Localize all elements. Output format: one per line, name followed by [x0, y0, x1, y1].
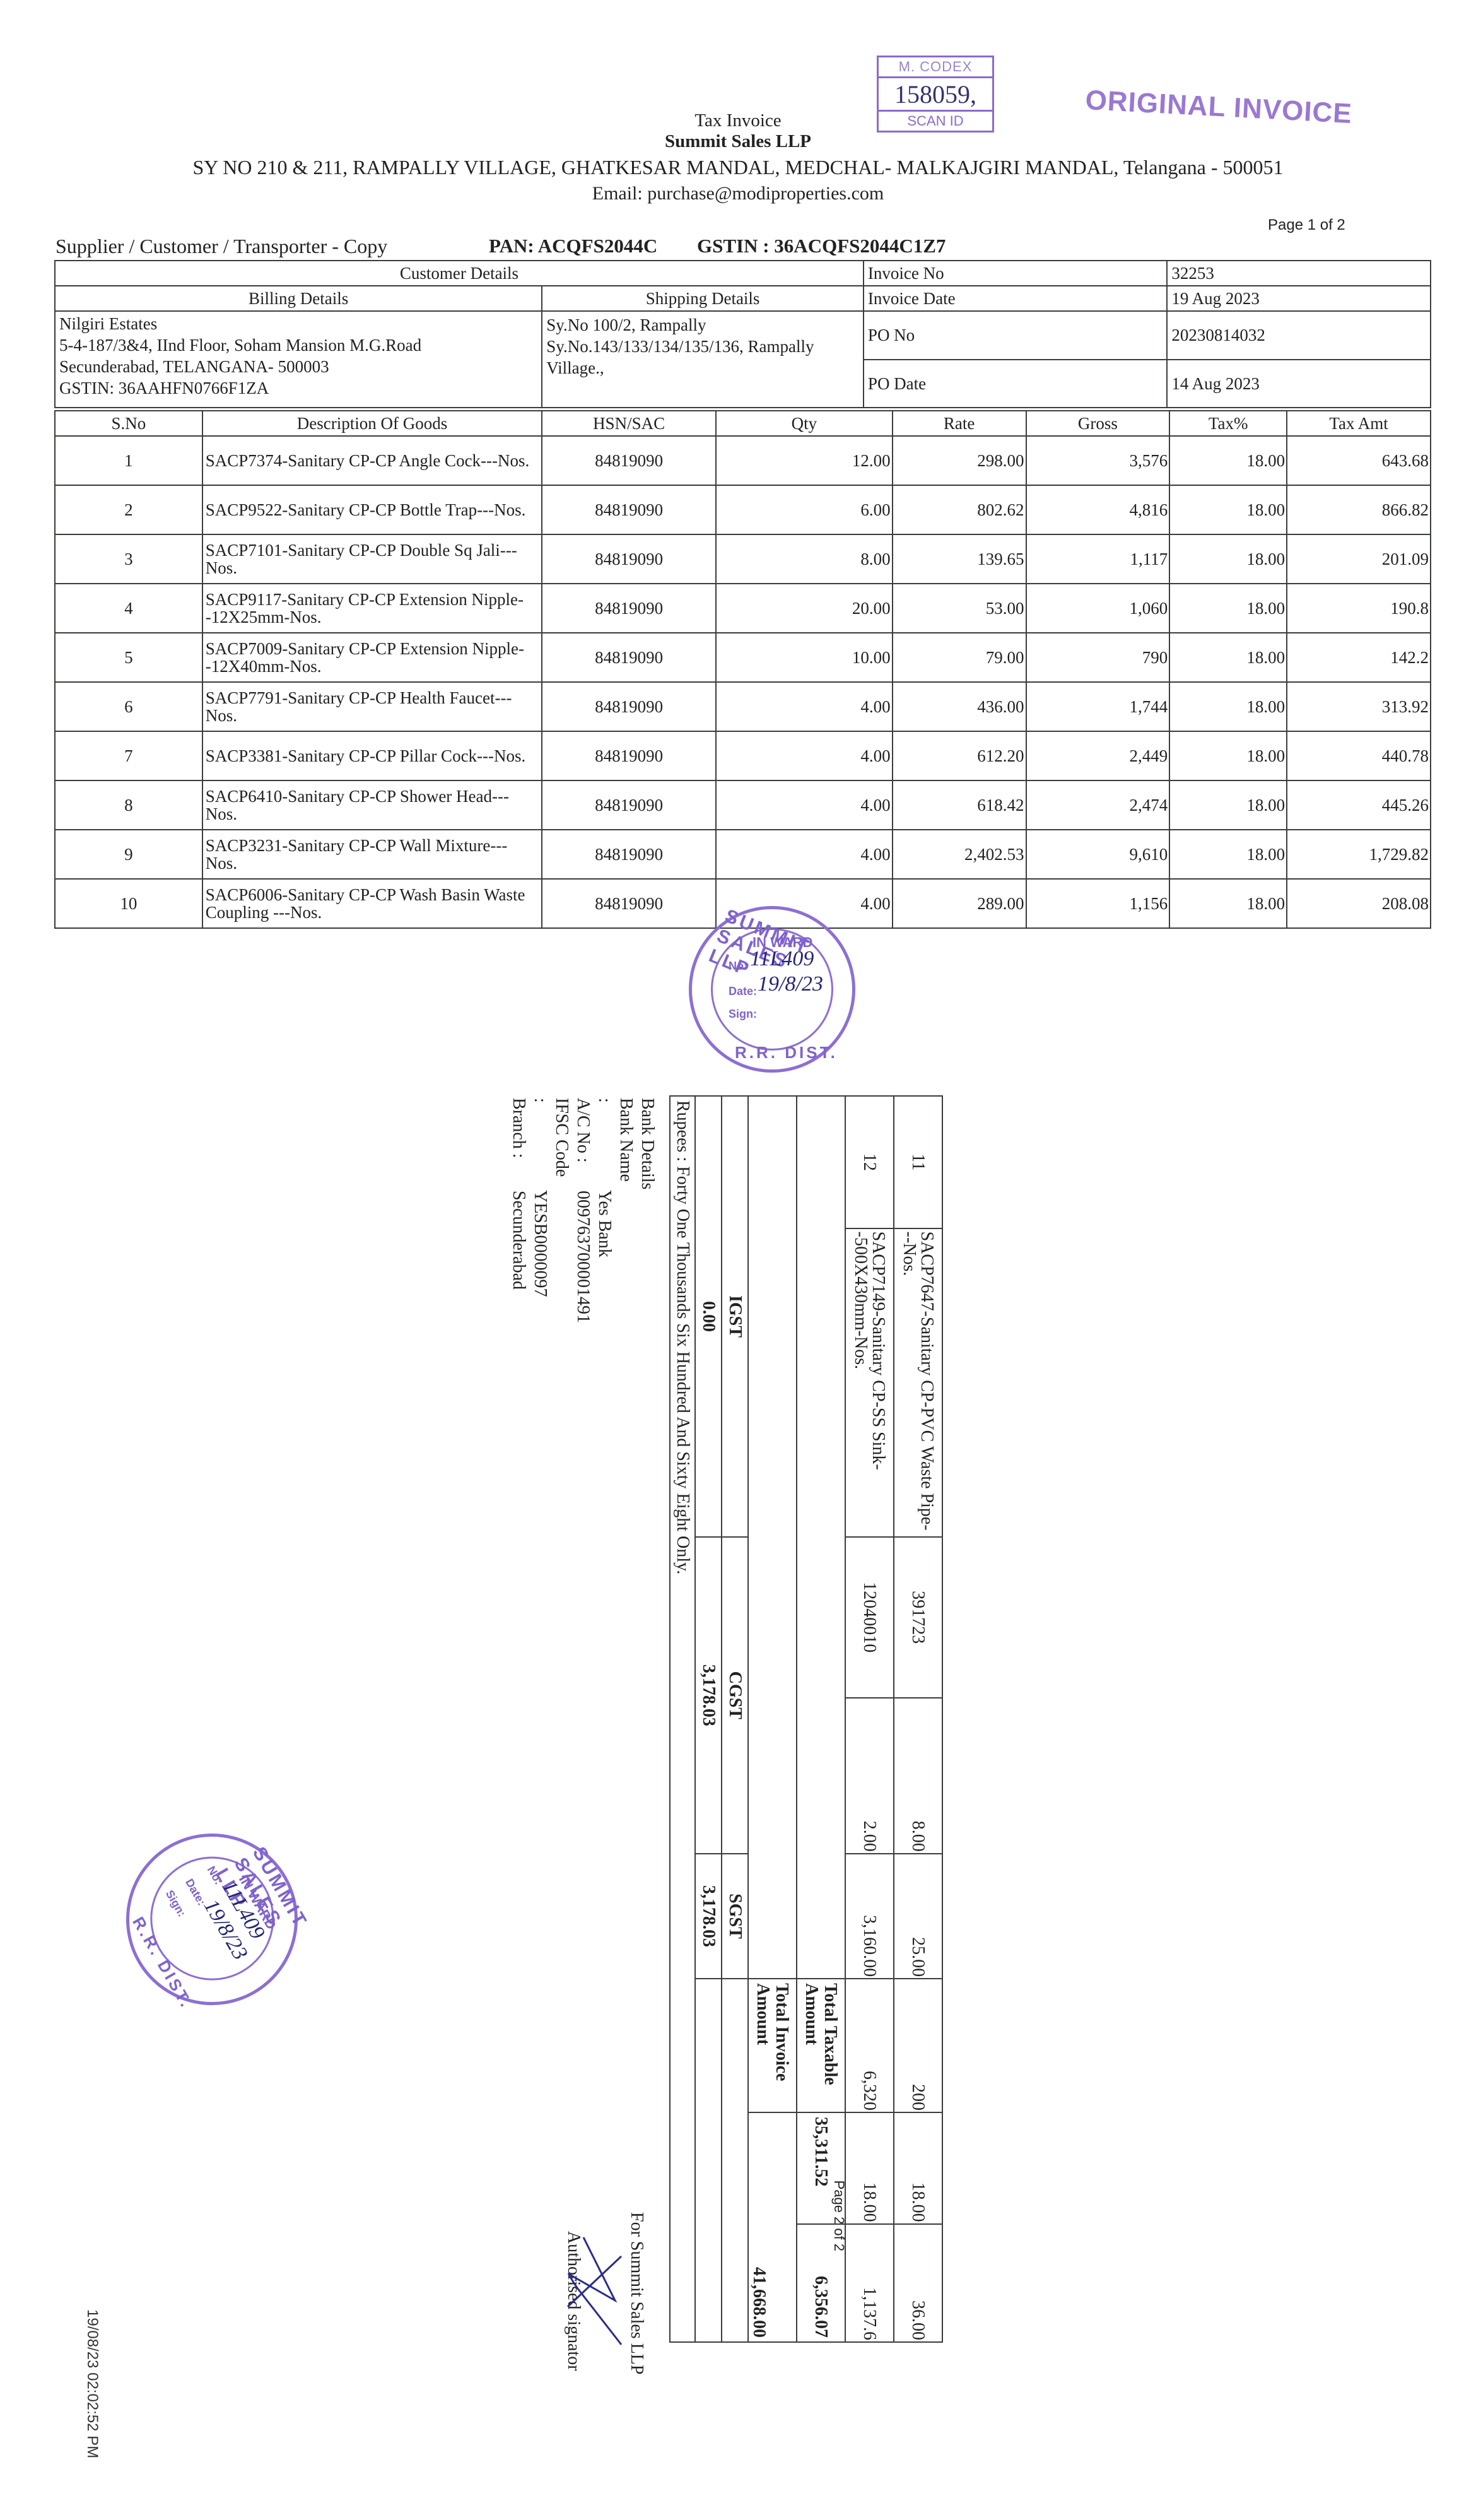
- gst-header-row: IGST CGST SGST: [722, 1096, 748, 2342]
- cell-hsn: 84819090: [542, 830, 716, 879]
- table-row: 11SACP7647-Sanitary CP-PVC Waste Pipe---…: [894, 1096, 942, 2342]
- cell-rate: 618.42: [893, 780, 1026, 830]
- bank-detail-label: IFSC Code :: [529, 1098, 572, 1186]
- cell-tax-amt: 643.68: [1287, 436, 1431, 485]
- total-invoice-value: 41,668.00: [748, 2112, 797, 2342]
- cell-hsn: 84819090: [542, 682, 716, 731]
- document-title: Tax Invoice: [0, 110, 1476, 131]
- table-row: 12SACP7149-Sanitary CP-SS Sink--500X430m…: [845, 1096, 894, 2342]
- print-timestamp: 19/08/23 02:02:52 PM: [83, 2309, 101, 2458]
- seal-date-value: 19/8/23: [758, 972, 823, 996]
- cell-description: SACP6006-Sanitary CP-CP Wash Basin Waste…: [202, 879, 542, 928]
- cell-tax-amt: 36.00: [894, 2224, 942, 2342]
- po-no-value: 20230814032: [1167, 311, 1431, 360]
- totals-row-taxable: Total Taxable Amount 35,311.52 Page 2 of…: [797, 1096, 845, 2342]
- cgst-label: CGST: [722, 1537, 748, 1854]
- scan-stamp-top-label: M. CODEX: [879, 57, 992, 78]
- cell-tax-amt: 445.26: [1287, 780, 1431, 830]
- cell-rate: 79.00: [893, 633, 1026, 682]
- billing-line: Nilgiri Estates: [59, 313, 537, 334]
- cell-sno: 2: [55, 485, 202, 534]
- cell-qty: 20.00: [716, 584, 893, 633]
- bank-detail-line: IFSC Code : YESB0000097: [529, 1098, 572, 1323]
- cell-rate: 139.65: [893, 534, 1026, 584]
- amount-in-words: Rupees : Forty One Thousands Six Hundred…: [670, 1096, 695, 2342]
- cell-qty: 12.00: [716, 436, 893, 485]
- cell-gross: 3,576: [1026, 436, 1170, 485]
- inward-seal: SUMMIT SALES LLP R.R. DIST. IN WARD No: …: [95, 1802, 329, 2037]
- cell-tax-amt: 190.8: [1287, 584, 1431, 633]
- cell-sno: 1: [55, 436, 202, 485]
- company-name: Summit Sales LLP: [0, 131, 1476, 152]
- col-header-hsn: HSN/SAC: [542, 411, 716, 436]
- bank-detail-line: Bank Name : Yes Bank: [594, 1098, 636, 1323]
- cell-gross: 9,610: [1026, 830, 1170, 879]
- cell-qty: 6.00: [716, 485, 893, 534]
- shipping-address: Sy.No 100/2, Rampally Sy.No.143/133/134/…: [542, 311, 864, 408]
- po-date-label: PO Date: [864, 360, 1167, 408]
- po-no-label: PO No: [864, 311, 1167, 360]
- company-email: Email: purchase@modiproperties.com: [0, 183, 1476, 204]
- col-header-gross: Gross: [1026, 411, 1170, 436]
- cell-rate: 2,402.53: [893, 830, 1026, 879]
- billing-line: GSTIN: 36AAHFN0766F1ZA: [59, 377, 537, 399]
- cell-description: SACP9117-Sanitary CP-CP Extension Nipple…: [202, 584, 542, 633]
- invoice-date-value: 19 Aug 2023: [1167, 286, 1431, 311]
- billing-details-heading: Billing Details: [55, 286, 542, 311]
- cell-gross: 6,320: [845, 1979, 894, 2112]
- signature-icon: [558, 2231, 628, 2351]
- cell-hsn: 84819090: [542, 633, 716, 682]
- cell-sno: 11: [894, 1096, 942, 1228]
- cell-sno: 7: [55, 731, 202, 780]
- cell-rate: 53.00: [893, 584, 1026, 633]
- cell-description: SACP7149-Sanitary CP-SS Sink--500X430mm-…: [845, 1228, 894, 1537]
- bank-detail-value: Yes Bank: [595, 1190, 614, 1257]
- inward-seal: SUMMIT SALES LLP R.R. DIST. IN WARD No: …: [689, 906, 855, 1073]
- copy-label: Supplier / Customer / Transporter - Copy: [56, 235, 387, 258]
- cell-qty: 10.00: [716, 633, 893, 682]
- cell-tax-pct: 18.00: [845, 2112, 894, 2224]
- bank-detail-label: Branch :: [508, 1098, 529, 1186]
- cell-hsn: 84819090: [542, 731, 716, 780]
- seal-date-label: Date:: [729, 985, 757, 998]
- total-taxable-label: Total Taxable Amount: [797, 1979, 845, 2112]
- cell-tax-amt: 201.09: [1287, 534, 1431, 584]
- cell-tax-pct: 18.00: [1169, 584, 1287, 633]
- gst-value-row: 0.00 3,178.03 3,178.03: [695, 1096, 722, 2342]
- cell-rate: 25.00: [894, 1854, 942, 1979]
- cell-gross: 200: [894, 1979, 942, 2112]
- cell-sno: 6: [55, 682, 202, 731]
- items-header-row: S.No Description Of Goods HSN/SAC Qty Ra…: [55, 411, 1431, 436]
- cell-qty: 4.00: [716, 780, 893, 830]
- gstin-number: GSTIN : 36ACQFS2044C1Z7: [697, 235, 946, 257]
- cell-tax-pct: 18.00: [1169, 780, 1287, 830]
- cell-rate: 3,160.00: [845, 1854, 894, 1979]
- bank-details-title: Bank Details: [636, 1098, 658, 1323]
- bank-detail-label: A/C No :: [572, 1098, 594, 1186]
- bank-detail-label: Bank Name :: [594, 1098, 636, 1186]
- col-header-sno: S.No: [55, 411, 202, 436]
- cell-rate: 289.00: [893, 879, 1026, 928]
- cell-qty: 4.00: [716, 682, 893, 731]
- table-row: 8SACP6410-Sanitary CP-CP Shower Head---N…: [55, 780, 1431, 830]
- cell-description: SACP7647-Sanitary CP-PVC Waste Pipe---No…: [894, 1228, 942, 1537]
- cell-sno: 3: [55, 534, 202, 584]
- cell-tax-pct: 18.00: [1169, 436, 1287, 485]
- cell-hsn: 84819090: [542, 436, 716, 485]
- cell-description: SACP7791-Sanitary CP-CP Health Faucet---…: [202, 682, 542, 731]
- bank-detail-value: Secunderabad: [509, 1191, 529, 1290]
- igst-value: 0.00: [695, 1096, 722, 1537]
- customer-details-heading: Customer Details: [55, 261, 864, 286]
- bank-detail-value: 009763700001491: [573, 1191, 593, 1323]
- seal-no-label: No:: [729, 960, 747, 973]
- cell-rate: 298.00: [893, 436, 1026, 485]
- cell-rate: 436.00: [893, 682, 1026, 731]
- table-row: 9SACP3231-Sanitary CP-CP Wall Mixture---…: [55, 830, 1431, 879]
- items-table: S.No Description Of Goods HSN/SAC Qty Ra…: [54, 410, 1431, 929]
- invoice-date-label: Invoice Date: [864, 286, 1167, 311]
- cell-tax-amt: 866.82: [1287, 485, 1431, 534]
- table-row: 2SACP9522-Sanitary CP-CP Bottle Trap---N…: [55, 485, 1431, 534]
- po-date-value: 14 Aug 2023: [1167, 360, 1431, 408]
- cell-description: SACP7374-Sanitary CP-CP Angle Cock---Nos…: [202, 436, 542, 485]
- table-row: 1SACP7374-Sanitary CP-CP Angle Cock---No…: [55, 436, 1431, 485]
- bank-detail-value: YESB0000097: [530, 1190, 550, 1297]
- cell-description: SACP3231-Sanitary CP-CP Wall Mixture---N…: [202, 830, 542, 879]
- bank-details: Bank Details Bank Name : Yes BankA/C No …: [508, 1098, 658, 1323]
- shipping-details-heading: Shipping Details: [542, 286, 864, 311]
- cell-tax-pct: 18.00: [1169, 682, 1287, 731]
- table-row: 3SACP7101-Sanitary CP-CP Double Sq Jali-…: [55, 534, 1431, 584]
- cell-sno: 8: [55, 780, 202, 830]
- col-header-qty: Qty: [716, 411, 893, 436]
- cell-gross: 790: [1026, 633, 1170, 682]
- cell-rate: 802.62: [893, 485, 1026, 534]
- bank-detail-line: Branch : Secunderabad: [508, 1098, 529, 1323]
- cell-hsn: 84819090: [542, 780, 716, 830]
- pan-number: PAN: ACQFS2044C: [489, 235, 657, 257]
- billing-line: Secunderabad, TELANGANA- 500003: [59, 356, 537, 377]
- cell-gross: 2,474: [1026, 780, 1170, 830]
- table-row: 5SACP7009-Sanitary CP-CP Extension Nippl…: [55, 633, 1431, 682]
- cell-description: SACP7009-Sanitary CP-CP Extension Nipple…: [202, 633, 542, 682]
- invoice-no-value: 32253: [1167, 261, 1431, 286]
- cell-tax-pct: 18.00: [1169, 879, 1287, 928]
- seal-ring-bottom: R.R. DIST.: [735, 1043, 838, 1063]
- seal-no-value: 11L409: [750, 947, 814, 971]
- col-header-description: Description Of Goods: [202, 411, 542, 436]
- cell-hsn: 84819090: [542, 584, 716, 633]
- invoice-no-label: Invoice No: [864, 261, 1167, 286]
- cell-hsn: 12040010: [845, 1537, 894, 1698]
- cell-gross: 1,060: [1026, 584, 1170, 633]
- cell-description: SACP3381-Sanitary CP-CP Pillar Cock---No…: [202, 731, 542, 780]
- cell-qty: 4.00: [716, 830, 893, 879]
- table-row: 6SACP7791-Sanitary CP-CP Health Faucet--…: [55, 682, 1431, 731]
- billing-line: 5-4-187/3&4, IInd Floor, Soham Mansion M…: [59, 334, 537, 356]
- cell-sno: 9: [55, 830, 202, 879]
- cell-qty: 4.00: [716, 731, 893, 780]
- shipping-line: Sy.No.143/133/134/135/136, Rampally: [546, 336, 859, 357]
- customer-details-table: Customer Details Invoice No 32253 Billin…: [54, 260, 1431, 408]
- total-invoice-label: Total Invoice Amount: [748, 1979, 797, 2112]
- totals-row-invoice: Total Invoice Amount 41,668.00: [748, 1096, 797, 2342]
- cell-tax-amt: 1,729.82: [1287, 830, 1431, 879]
- table-row: 4SACP9117-Sanitary CP-CP Extension Nippl…: [55, 584, 1431, 633]
- cgst-value: 3,178.03: [695, 1537, 722, 1854]
- table-row: 7SACP3381-Sanitary CP-CP Pillar Cock---N…: [55, 731, 1431, 780]
- shipping-line: Sy.No 100/2, Rampally: [546, 314, 859, 336]
- cell-hsn: 84819090: [542, 485, 716, 534]
- cell-sno: 5: [55, 633, 202, 682]
- cell-gross: 4,816: [1026, 485, 1170, 534]
- col-header-tax-pct: Tax%: [1169, 411, 1287, 436]
- cell-tax-pct: 18.00: [1169, 534, 1287, 584]
- cell-gross: 1,117: [1026, 534, 1170, 584]
- cell-sno: 4: [55, 584, 202, 633]
- cell-hsn: 84819090: [542, 879, 716, 928]
- cell-hsn: 391723: [894, 1537, 942, 1698]
- cell-gross: 1,744: [1026, 682, 1170, 731]
- cell-rate: 612.20: [893, 731, 1026, 780]
- cell-qty: 2.00: [845, 1698, 894, 1854]
- cell-gross: 2,449: [1026, 731, 1170, 780]
- page-2-label: Page 2 of 2: [831, 2181, 847, 2252]
- cell-tax-amt: 208.08: [1287, 879, 1431, 928]
- cell-tax-pct: 18.00: [894, 2112, 942, 2224]
- cell-sno: 10: [55, 879, 202, 928]
- cell-description: SACP6410-Sanitary CP-CP Shower Head---No…: [202, 780, 542, 830]
- cell-tax-amt: 1,137.6: [845, 2224, 894, 2342]
- igst-label: IGST: [722, 1096, 748, 1537]
- cell-qty: 8.00: [716, 534, 893, 584]
- page-number: Page 1 of 2: [1268, 216, 1345, 234]
- cell-description: SACP9522-Sanitary CP-CP Bottle Trap---No…: [202, 485, 542, 534]
- cell-tax-amt: 440.78: [1287, 731, 1431, 780]
- col-header-rate: Rate: [893, 411, 1026, 436]
- cell-tax-amt: 142.2: [1287, 633, 1431, 682]
- scan-stamp-number: 158059,: [879, 78, 992, 112]
- total-tax-value: Page 2 of 2 6,356.07: [797, 2224, 845, 2342]
- cell-tax-pct: 18.00: [1169, 830, 1287, 879]
- signatory-company: For Summit Sales LLP: [626, 2212, 647, 2374]
- cell-hsn: 84819090: [542, 534, 716, 584]
- cell-tax-pct: 18.00: [1169, 731, 1287, 780]
- company-address: SY NO 210 & 211, RAMPALLY VILLAGE, GHATK…: [0, 156, 1476, 179]
- cell-qty: 8.00: [894, 1698, 942, 1854]
- sgst-label: SGST: [722, 1854, 748, 1979]
- bank-detail-line: A/C No : 009763700001491: [572, 1098, 594, 1323]
- cell-sno: 12: [845, 1096, 894, 1228]
- col-header-tax-amt: Tax Amt: [1287, 411, 1431, 436]
- cell-tax-amt: 313.92: [1287, 682, 1431, 731]
- page2-items-table: 11SACP7647-Sanitary CP-PVC Waste Pipe---…: [669, 1095, 943, 2343]
- seal-sign-label: Sign:: [729, 1008, 757, 1021]
- shipping-line: Village.,: [546, 357, 859, 379]
- billing-address: Nilgiri Estates 5-4-187/3&4, IInd Floor,…: [55, 311, 542, 408]
- sgst-value: 3,178.03: [695, 1854, 722, 1979]
- cell-gross: 1,156: [1026, 879, 1170, 928]
- cell-tax-pct: 18.00: [1169, 633, 1287, 682]
- cell-description: SACP7101-Sanitary CP-CP Double Sq Jali--…: [202, 534, 542, 584]
- cell-tax-pct: 18.00: [1169, 485, 1287, 534]
